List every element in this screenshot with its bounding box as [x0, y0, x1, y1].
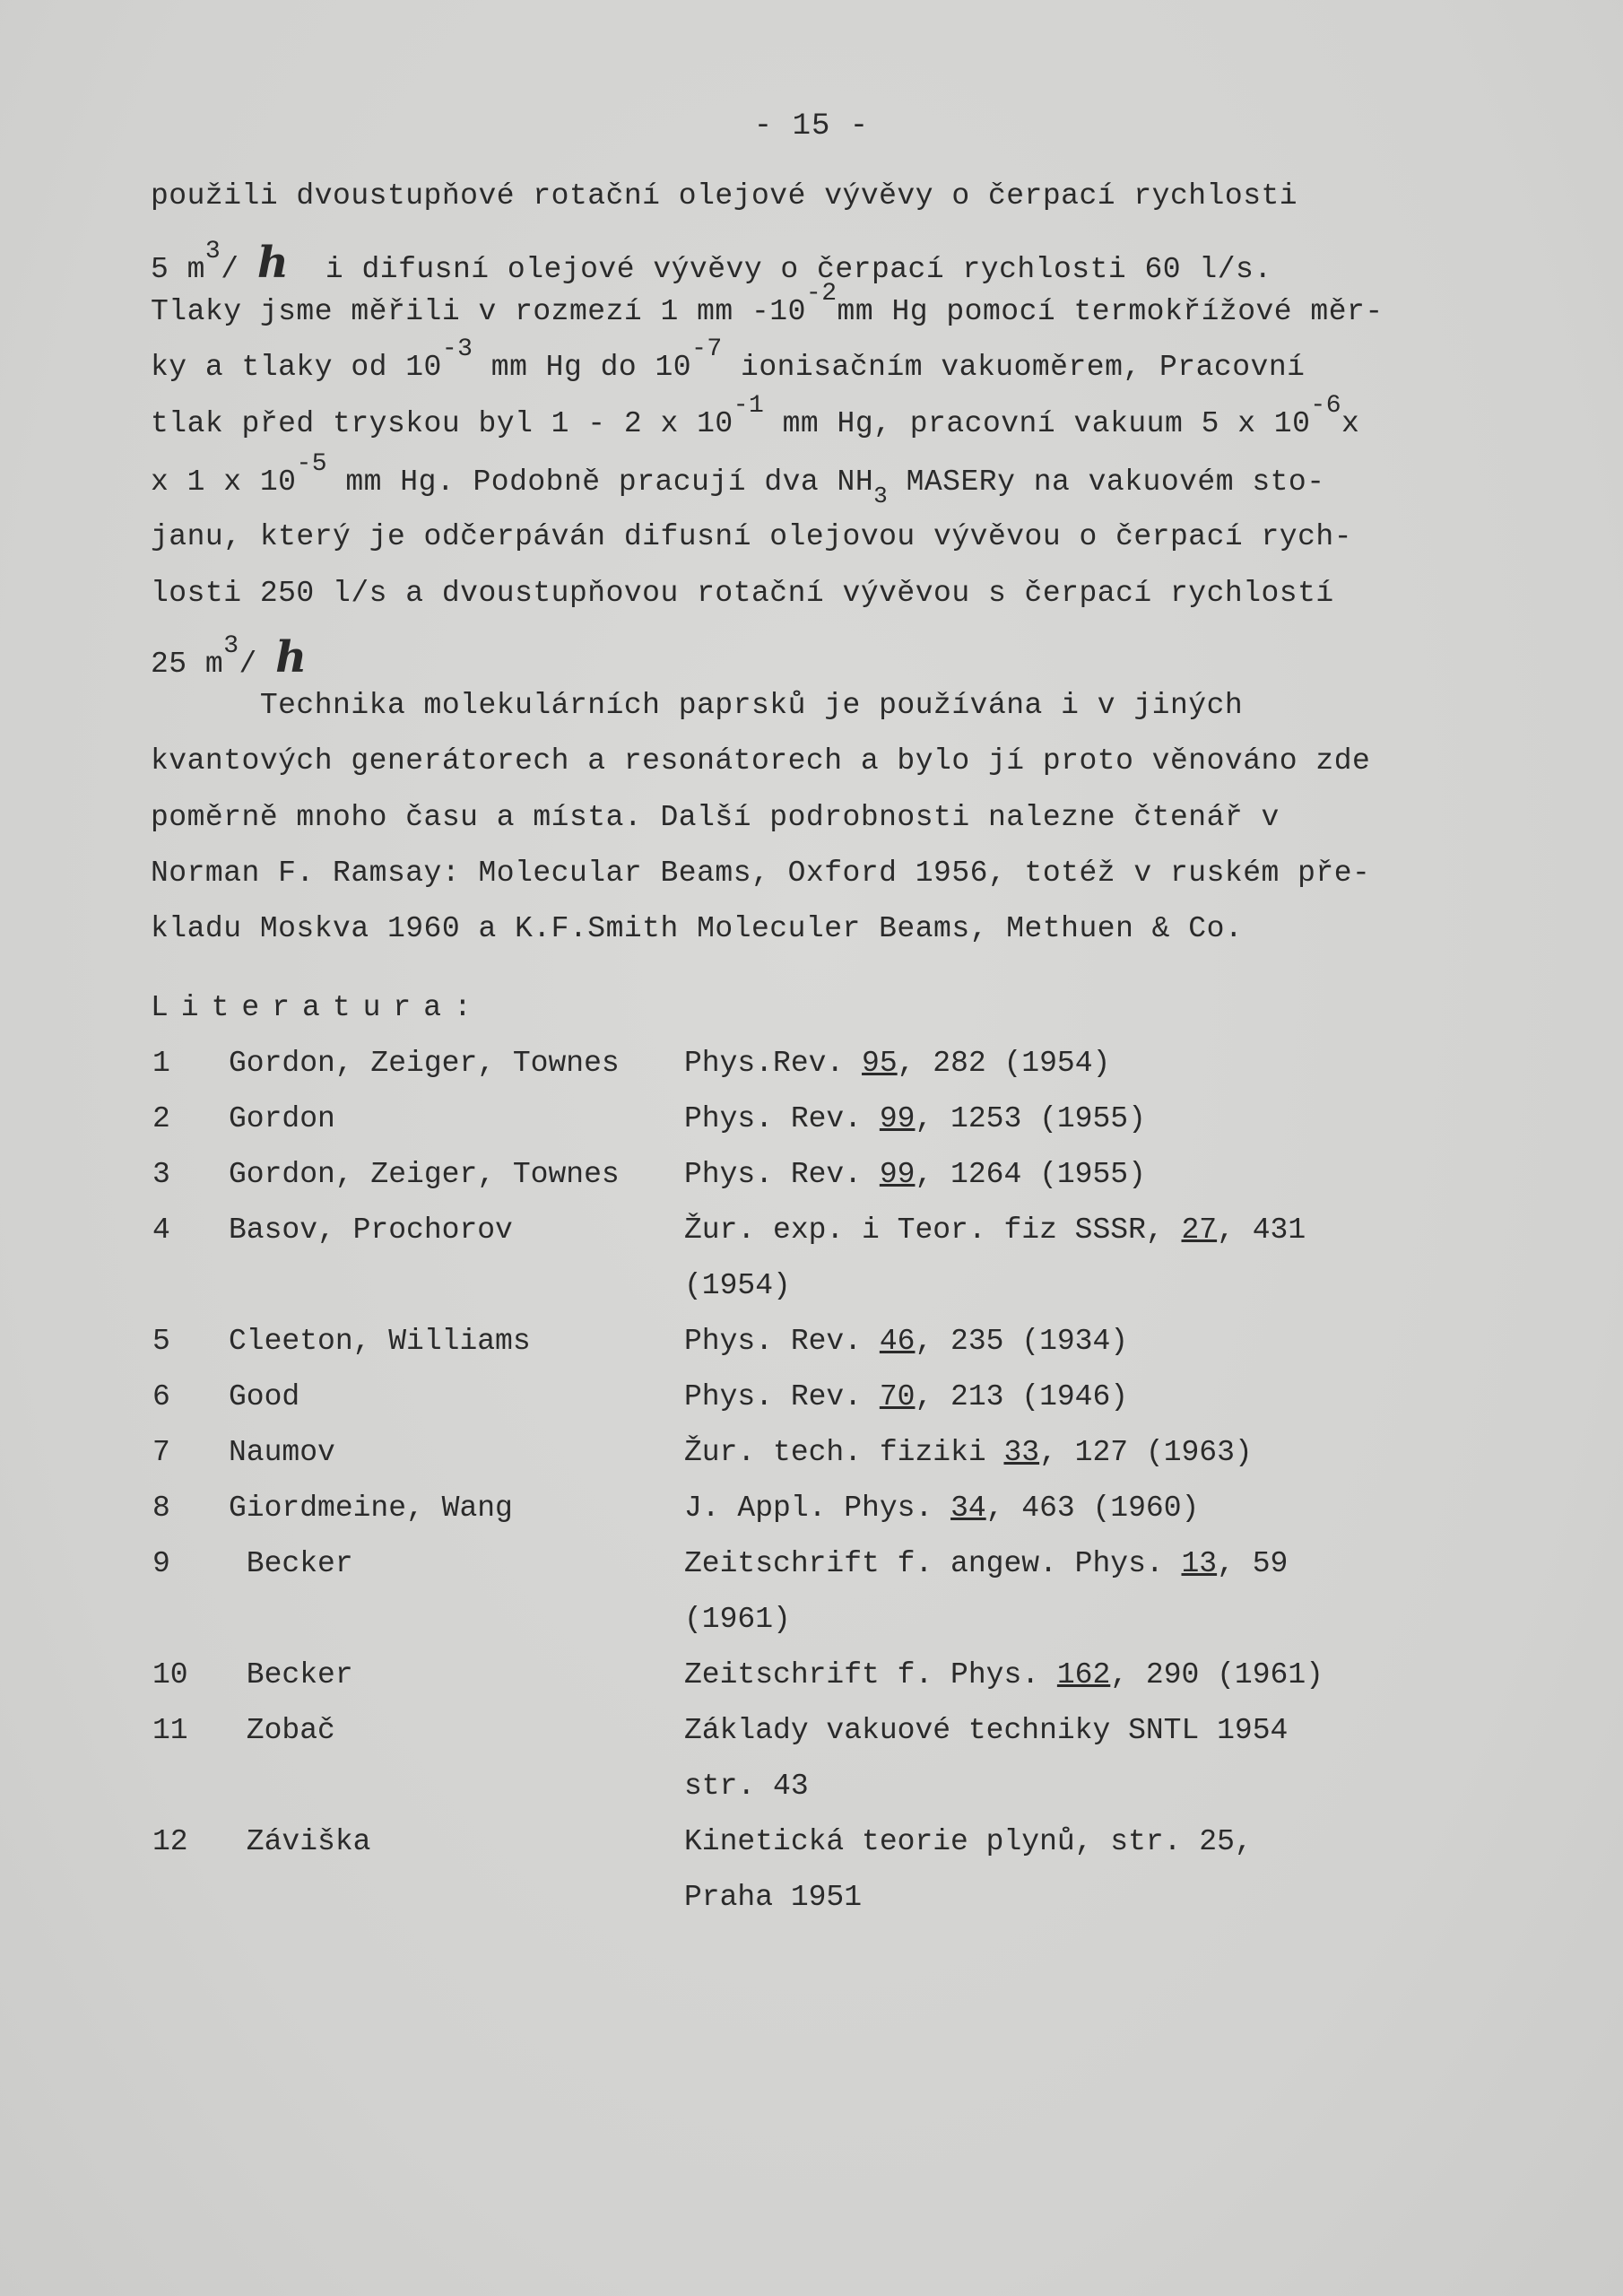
text-line: Technika molekulárních paprsků je použív… — [151, 689, 1243, 722]
text-run: mm Hg. Podobně pracují dva NH — [327, 465, 873, 499]
reference-authors: Záviška — [229, 1825, 370, 1858]
reference-number: 9 — [152, 1547, 206, 1580]
text-run: , 282 (1954) — [898, 1047, 1111, 1080]
volume-number: 27 — [1182, 1213, 1218, 1247]
superscript: -3 — [442, 335, 473, 363]
text-run: , 431 — [1217, 1213, 1306, 1247]
text-line: 5 m3/ h i difusní olejové vývěvy o čerpa… — [151, 238, 1272, 288]
reference-source: Žur. tech. fiziki 33, 127 (1963) — [684, 1436, 1253, 1469]
volume-number: 70 — [880, 1380, 916, 1413]
reference-source: Kinetická teorie plynů, str. 25, — [684, 1825, 1253, 1858]
literature-heading: Literatura: — [151, 991, 484, 1024]
volume-number: 13 — [1182, 1547, 1218, 1580]
reference-source-continued: (1954) — [684, 1269, 791, 1302]
reference-number: 4 — [152, 1213, 206, 1247]
reference-source: Phys. Rev. 70, 213 (1946) — [684, 1380, 1128, 1413]
text-line: Norman F. Ramsay: Molecular Beams, Oxfor… — [151, 857, 1370, 890]
text-run: Kinetická teorie plynů, str. 25, — [684, 1825, 1253, 1858]
reference-source: J. Appl. Phys. 34, 463 (1960) — [684, 1492, 1199, 1525]
text-run: janu, který je odčerpáván difusní olejov… — [151, 520, 1352, 553]
text-run: , 463 (1960) — [986, 1492, 1200, 1525]
text-run: Zeitschrift f. angew. Phys. — [684, 1547, 1182, 1580]
handwritten-unit: h — [257, 238, 289, 288]
reference-source: Zeitschrift f. Phys. 162, 290 (1961) — [684, 1658, 1324, 1692]
reference-source-continued: (1961) — [684, 1603, 791, 1636]
reference-number: 6 — [152, 1380, 206, 1413]
text-run: Phys. Rev. — [684, 1102, 880, 1135]
text-run: , 213 (1946) — [915, 1380, 1128, 1413]
text-line: janu, který je odčerpáván difusní olejov… — [151, 520, 1352, 553]
text-run: / — [221, 253, 257, 286]
reference-number: 7 — [152, 1436, 206, 1469]
reference-authors: Basov, Prochorov — [229, 1213, 513, 1247]
page-number: - 15 - — [0, 109, 1623, 143]
text-run: x 1 x 10 — [151, 465, 296, 499]
reference-authors: Becker — [229, 1547, 353, 1580]
volume-number: 95 — [862, 1047, 898, 1080]
reference-authors: Naumov — [229, 1436, 335, 1469]
reference-source-continued: Praha 1951 — [684, 1881, 862, 1914]
text-run: tlak před tryskou byl 1 - 2 x 10 — [151, 407, 733, 440]
text-run: použili dvoustupňové rotační olejové výv… — [151, 179, 1298, 213]
text-line: kvantových generátorech a resonátorech a… — [151, 744, 1370, 778]
superscript: -5 — [296, 450, 327, 478]
reference-source: Phys.Rev. 95, 282 (1954) — [684, 1047, 1110, 1080]
reference-number: 11 — [152, 1714, 206, 1747]
text-run: MASERy na vakuovém sto- — [888, 465, 1324, 499]
reference-number: 8 — [152, 1492, 206, 1525]
text-run: Zeitschrift f. Phys. — [684, 1658, 1057, 1692]
text-run: i difusní olejové vývěvy o čerpací rychl… — [289, 253, 1271, 286]
reference-source: Základy vakuové techniky SNTL 1954 — [684, 1714, 1288, 1747]
superscript: -6 — [1310, 392, 1341, 420]
text-line: tlak před tryskou byl 1 - 2 x 10-1 mm Hg… — [151, 406, 1359, 440]
text-run: losti 250 l/s a dvoustupňovou rotační vý… — [151, 577, 1334, 610]
reference-source-continued: str. 43 — [684, 1770, 809, 1803]
reference-source: Phys. Rev. 99, 1264 (1955) — [684, 1158, 1146, 1191]
superscript: 3 — [205, 238, 221, 265]
text-run: Phys.Rev. — [684, 1047, 862, 1080]
text-run: Phys. Rev. — [684, 1380, 880, 1413]
text-run: Phys. Rev. — [684, 1158, 880, 1191]
text-run: J. Appl. Phys. — [684, 1492, 950, 1525]
text-run: Žur. tech. fiziki — [684, 1436, 1003, 1469]
text-line: použili dvoustupňové rotační olejové výv… — [151, 179, 1298, 213]
volume-number: 162 — [1057, 1658, 1110, 1692]
reference-number: 1 — [152, 1047, 206, 1080]
reference-authors: Cleeton, Williams — [229, 1325, 531, 1358]
text-run: , 127 (1963) — [1039, 1436, 1253, 1469]
reference-number: 2 — [152, 1102, 206, 1135]
reference-authors: Giordmeine, Wang — [229, 1492, 513, 1525]
text-line: x 1 x 10-5 mm Hg. Podobně pracují dva NH… — [151, 465, 1325, 499]
volume-number: 33 — [1003, 1436, 1039, 1469]
text-run: , 1264 (1955) — [915, 1158, 1145, 1191]
superscript: -7 — [691, 335, 723, 363]
text-run: mm Hg, pracovní vakuum 5 x 10 — [764, 407, 1310, 440]
reference-source: Zeitschrift f. angew. Phys. 13, 59 — [684, 1547, 1288, 1580]
text-run: ionisačním vakuoměrem, Pracovní — [723, 351, 1306, 384]
text-run: ky a tlaky od 10 — [151, 351, 442, 384]
text-run: 25 m — [151, 648, 223, 681]
text-line: losti 250 l/s a dvoustupňovou rotační vý… — [151, 577, 1334, 610]
text-run: / — [239, 648, 276, 681]
superscript: 3 — [223, 632, 239, 660]
text-run: mm Hg do 10 — [473, 351, 691, 384]
text-run: mm Hg pomocí termokřížové měr- — [838, 295, 1384, 328]
typewritten-page: - 15 - použili dvoustupňové rotační olej… — [0, 0, 1623, 2296]
text-run: Tlaky jsme měřili v rozmezí 1 mm -10 — [151, 295, 806, 328]
text-run: Phys. Rev. — [684, 1325, 880, 1358]
volume-number: 99 — [880, 1102, 916, 1135]
text-run: Žur. exp. i Teor. fiz SSSR, — [684, 1213, 1182, 1247]
reference-number: 12 — [152, 1825, 206, 1858]
text-run: Základy vakuové techniky SNTL 1954 — [684, 1714, 1288, 1747]
text-line: kladu Moskva 1960 a K.F.Smith Moleculer … — [151, 912, 1243, 945]
text-run: , 235 (1934) — [915, 1325, 1128, 1358]
reference-source: Phys. Rev. 46, 235 (1934) — [684, 1325, 1128, 1358]
volume-number: 99 — [880, 1158, 916, 1191]
volume-number: 46 — [880, 1325, 916, 1358]
text-line: 25 m3/ h — [151, 632, 308, 683]
reference-number: 3 — [152, 1158, 206, 1191]
reference-authors: Gordon, Zeiger, Townes — [229, 1047, 620, 1080]
reference-authors: Good — [229, 1380, 299, 1413]
reference-authors: Zobač — [229, 1714, 335, 1747]
superscript: -1 — [733, 392, 765, 420]
handwritten-unit: h — [275, 632, 307, 683]
superscript: -2 — [806, 280, 838, 308]
reference-source: Phys. Rev. 99, 1253 (1955) — [684, 1102, 1146, 1135]
text-line: ky a tlaky od 10-3 mm Hg do 10-7 ionisač… — [151, 350, 1305, 384]
text-run: , 1253 (1955) — [915, 1102, 1145, 1135]
reference-number: 10 — [152, 1658, 206, 1692]
text-run: , 59 — [1217, 1547, 1288, 1580]
reference-authors: Gordon, Zeiger, Townes — [229, 1158, 620, 1191]
text-line: poměrně mnoho času a místa. Další podrob… — [151, 801, 1280, 834]
reference-authors: Becker — [229, 1658, 353, 1692]
text-run: 5 m — [151, 253, 205, 286]
reference-number: 5 — [152, 1325, 206, 1358]
text-line: Tlaky jsme měřili v rozmezí 1 mm -10-2mm… — [151, 294, 1384, 328]
text-run: , 290 (1961) — [1110, 1658, 1324, 1692]
reference-source: Žur. exp. i Teor. fiz SSSR, 27, 431 — [684, 1213, 1306, 1247]
subscript: 3 — [873, 483, 888, 509]
text-run: x — [1341, 407, 1359, 440]
volume-number: 34 — [950, 1492, 986, 1525]
reference-authors: Gordon — [229, 1102, 335, 1135]
